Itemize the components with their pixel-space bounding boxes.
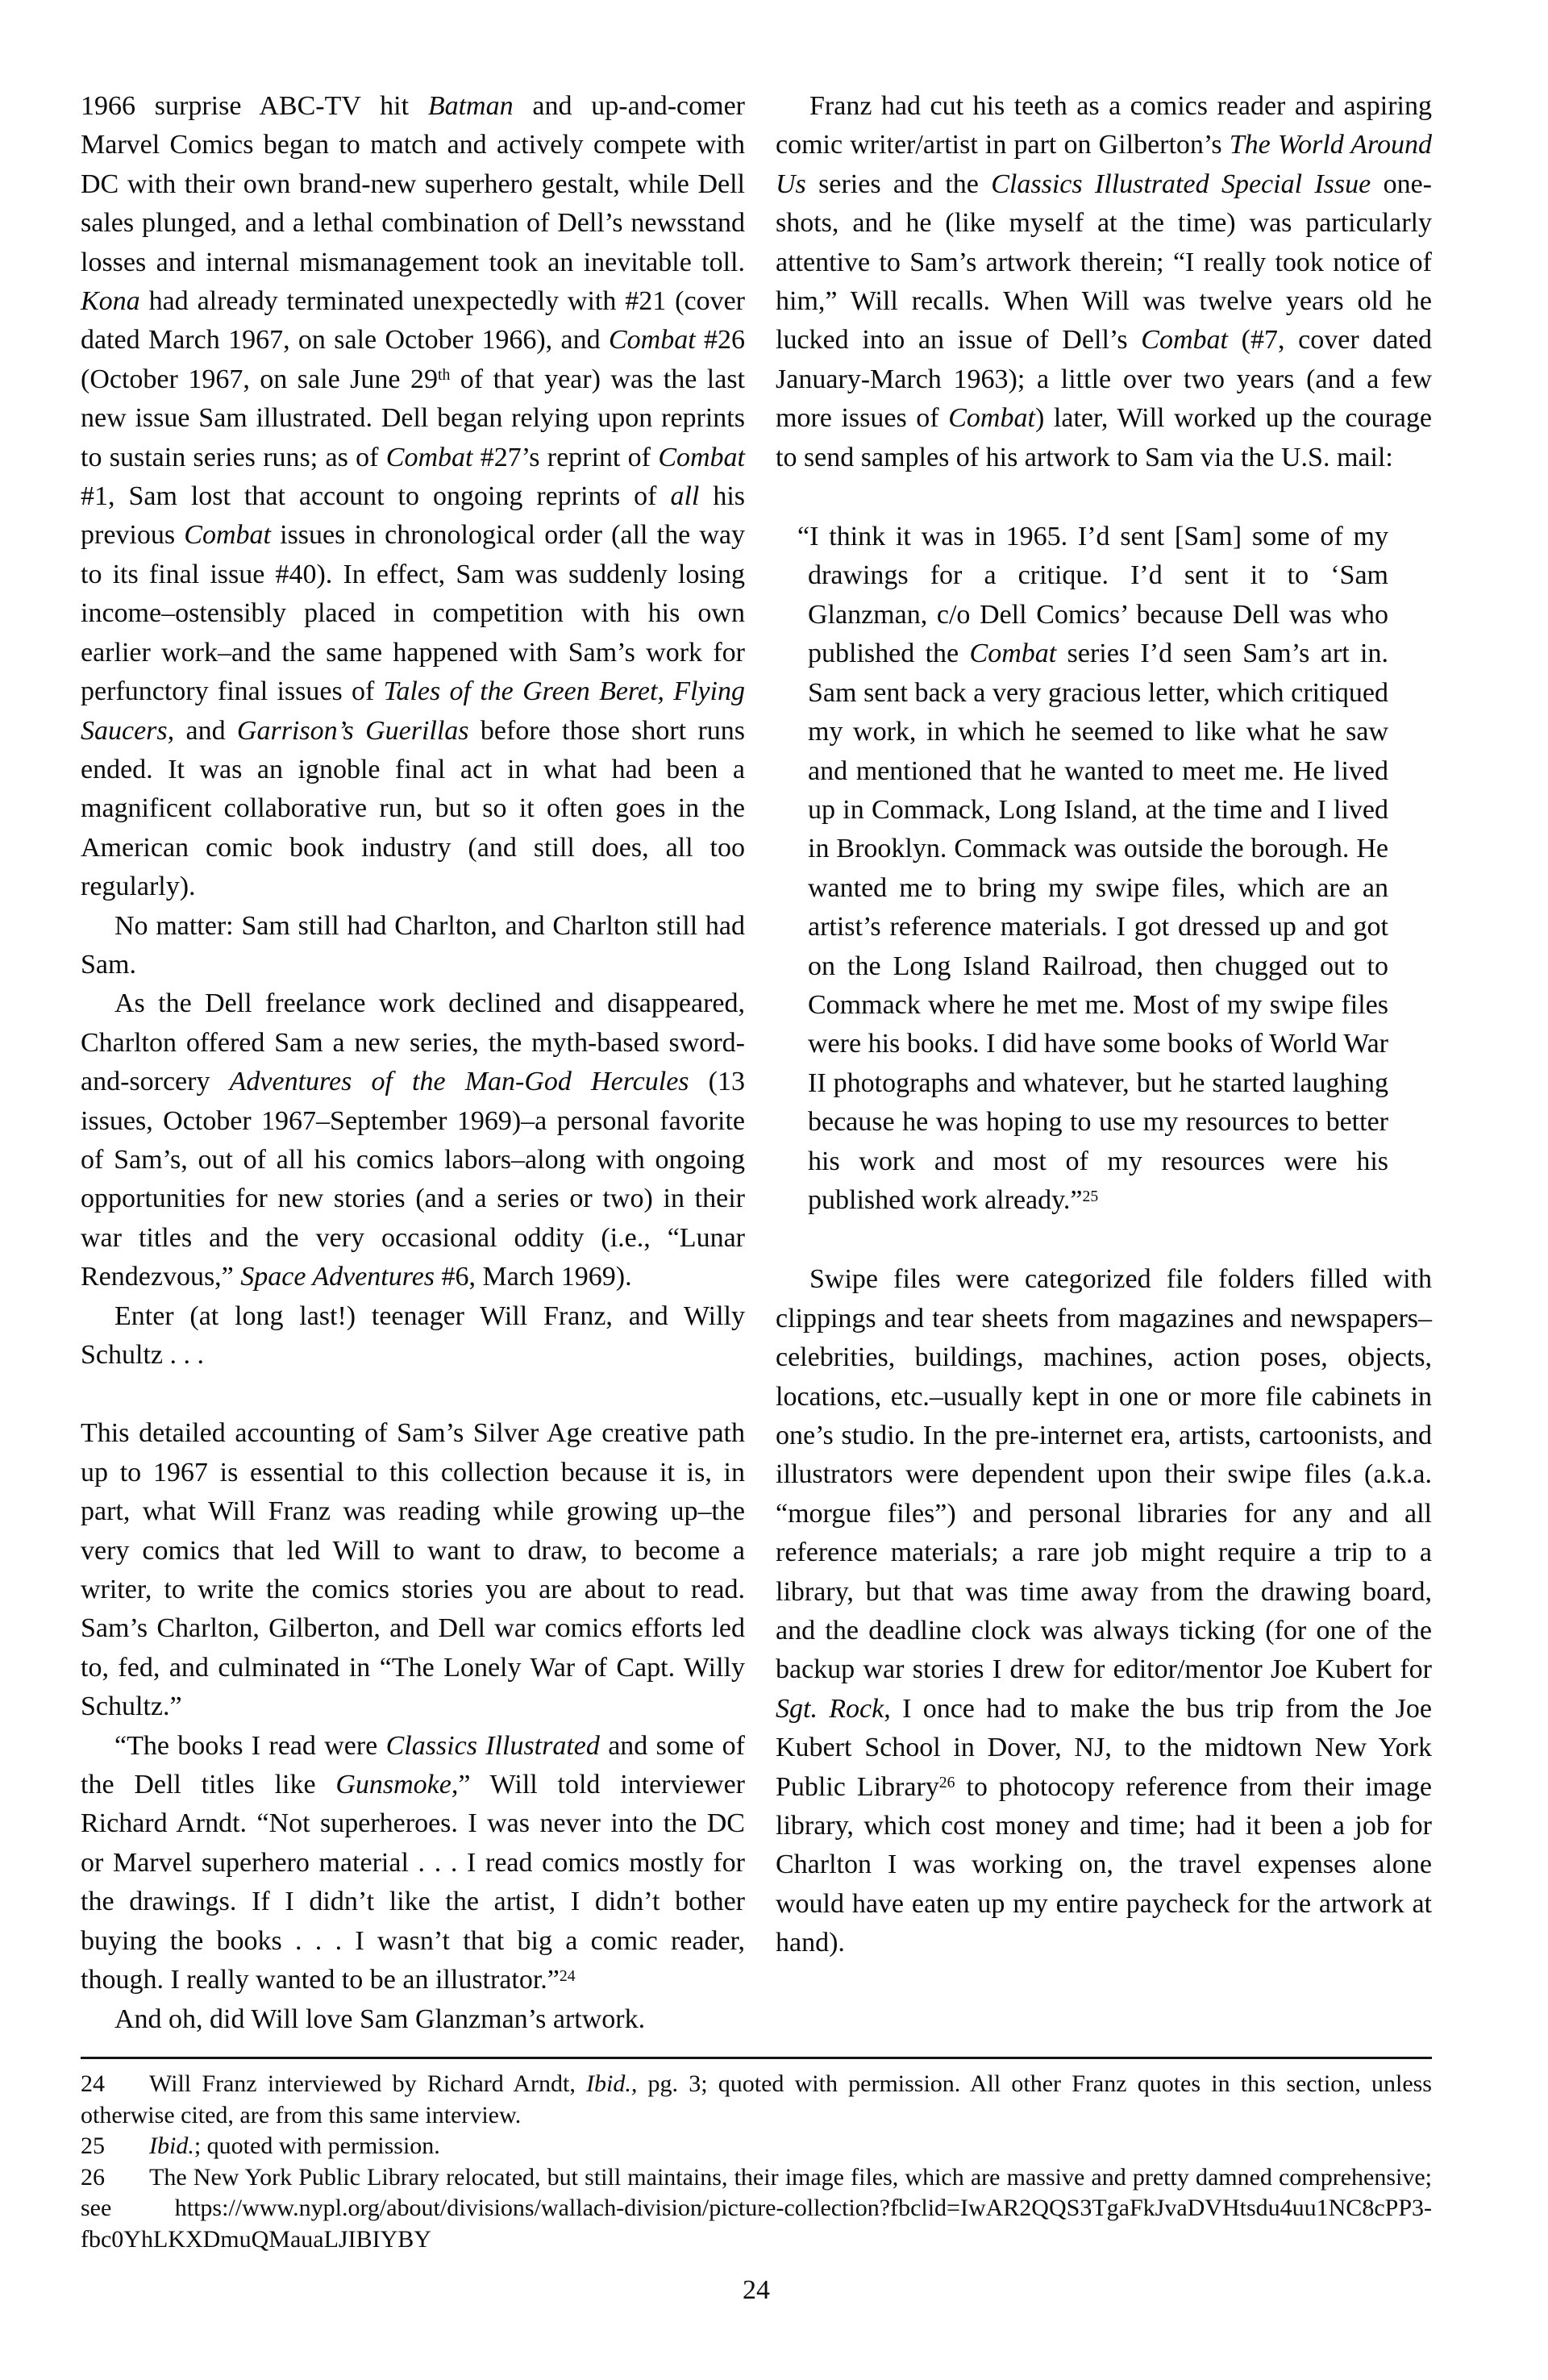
text-run: #27’s reprint of: [472, 443, 658, 472]
paragraph: As the Dell freelance work declined and …: [81, 984, 745, 1296]
text-run: No matter: Sam still had Charlton, and C…: [81, 911, 745, 980]
paragraph: 1966 surprise ABC-TV hit Batman and up-a…: [81, 87, 745, 907]
italic-text: Space Adventures: [240, 1262, 435, 1292]
text-run: The New York Public Library relocated, b…: [81, 2164, 1432, 2253]
text-run: and: [174, 716, 237, 746]
footnote: 25Ibid.; quoted with permission.: [81, 2131, 1432, 2162]
text-run: ; quoted with permission.: [194, 2132, 440, 2159]
text-run: “The books I read were: [114, 1731, 386, 1761]
footnote-number: 25: [81, 2131, 149, 2162]
italic-text: Combat: [609, 325, 696, 355]
italic-text: Batman: [428, 91, 514, 121]
text-run: And oh, did Will love Sam Glanzman’s art…: [114, 2004, 645, 2034]
footnote: 24Will Franz interviewed by Richard Arnd…: [81, 2069, 1432, 2131]
italic-text: Ibid.,: [586, 2070, 637, 2097]
italic-text: Classics Illustrated: [386, 1731, 600, 1761]
footnote-ref: 26: [939, 1774, 955, 1791]
italic-text: Combat: [658, 443, 745, 472]
paragraph: Enter (at long last!) teenager Will Fran…: [81, 1297, 745, 1375]
italic-text: Combat: [184, 520, 271, 550]
paragraph: And oh, did Will love Sam Glanzman’s art…: [81, 2000, 745, 2039]
italic-text: all: [670, 481, 699, 511]
italic-text: Gunsmoke,: [335, 1770, 458, 1800]
italic-text: Sgt. Rock: [776, 1694, 884, 1724]
text-run: Swipe files were categorized file folder…: [776, 1264, 1432, 1684]
paragraph: Swipe files were categorized file folder…: [776, 1260, 1432, 1962]
block-quote: “I think it was in 1965. I’d sent [Sam] …: [776, 518, 1432, 1220]
text-run: #6, March 1969).: [435, 1262, 632, 1292]
footnote-number: 26: [81, 2162, 149, 2194]
text-run: series and the: [806, 169, 991, 199]
text-run: #1, Sam lost that account to ongoing rep…: [81, 481, 670, 511]
text-run: ” Will told interviewer Richard Arndt. “…: [81, 1770, 745, 1995]
footnote-ref: th: [438, 366, 450, 384]
text-run: 1966 surprise ABC-TV hit: [81, 91, 428, 121]
footnote-ref: 24: [560, 1967, 576, 1985]
footnote-divider: [81, 2057, 1432, 2059]
footnote-number: 24: [81, 2069, 149, 2100]
italic-text: Adventures of the Man-God Hercules: [230, 1067, 689, 1096]
text-run: Enter (at long last!) teenager Will Fran…: [81, 1301, 745, 1370]
left-column: 1966 surprise ABC-TV hit Batman and up-a…: [81, 87, 745, 2039]
paragraph: This detailed accounting of Sam’s Silver…: [81, 1414, 745, 1726]
text-run: Will Franz interviewed by Richard Arndt,: [149, 2070, 586, 2097]
paragraph: Franz had cut his teeth as a comics read…: [776, 87, 1432, 477]
text-run: (13 issues, October 1967–September 1969)…: [81, 1067, 745, 1292]
paragraph: No matter: Sam still had Charlton, and C…: [81, 907, 745, 985]
text-run: series I’d seen Sam’s art in. Sam sent b…: [808, 639, 1388, 1215]
italic-text: Garrison’s Guerillas: [237, 716, 469, 746]
italic-text: Combat: [970, 639, 1057, 668]
italic-text: Combat: [948, 403, 1035, 433]
italic-text: Kona: [81, 286, 140, 316]
page-number: 24: [81, 2275, 1432, 2306]
italic-text: Classics Illustrated Special Issue: [991, 169, 1371, 199]
italic-text: Ibid.: [149, 2132, 194, 2159]
text-run: This detailed accounting of Sam’s Silver…: [81, 1418, 745, 1721]
paragraph: “The books I read were Classics Illustra…: [81, 1727, 745, 2000]
italic-text: Combat: [1141, 325, 1228, 355]
italic-text: Combat: [386, 443, 473, 472]
footnotes-section: 24Will Franz interviewed by Richard Arnd…: [81, 2069, 1432, 2256]
footnote-ref: 25: [1083, 1188, 1099, 1205]
footnote: 26The New York Public Library relocated,…: [81, 2162, 1432, 2256]
right-column: Franz had cut his teeth as a comics read…: [776, 87, 1432, 1963]
